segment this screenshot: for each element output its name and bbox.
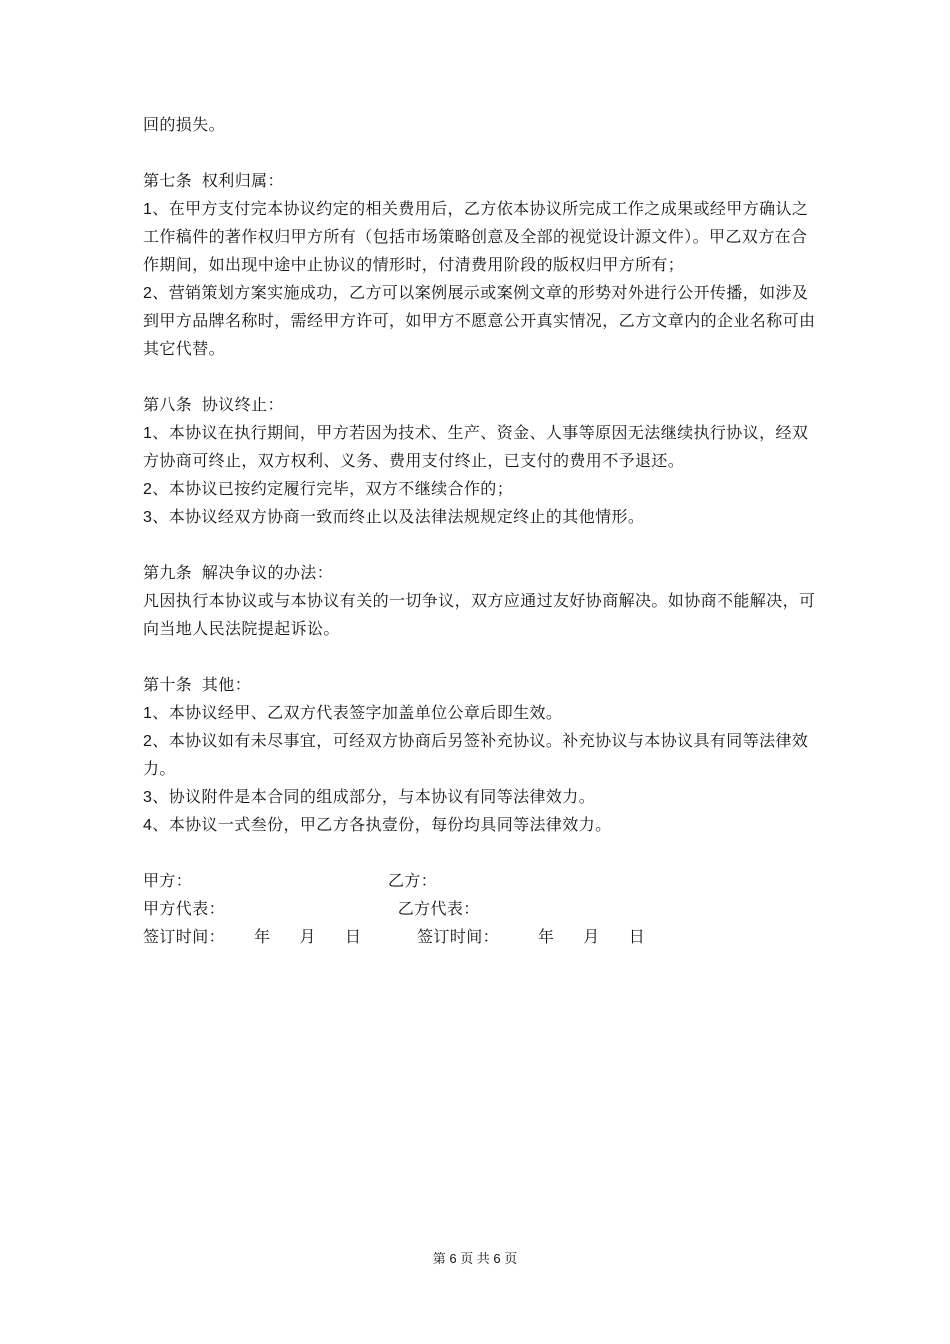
- section-heading: 第十条 其他：: [143, 672, 818, 700]
- signature-field-left: 甲方：: [143, 868, 388, 896]
- paragraph-line: 1、本协议在执行期间，甲方若因为技术、生产、资金、人事等原因无法继续执行协议，经…: [143, 420, 818, 448]
- signature-field-left: 签订时间： 年 月 日: [143, 924, 388, 952]
- section-heading: 第八条 协议终止：: [143, 392, 818, 420]
- paragraph-line: 3、本协议经双方协商一致而终止以及法律法规规定终止的其他情形。: [143, 504, 818, 532]
- paragraph-line: 回的损失。: [143, 112, 818, 140]
- section-heading: 第九条 解决争议的办法：: [143, 560, 818, 588]
- signature-field-right: 签订时间： 年 月 日: [388, 924, 645, 952]
- paragraph-line: 作期间，如出现中途中止协议的情形时，付清费用阶段的版权归甲方所有；: [143, 252, 818, 280]
- paragraph-line: 向当地人民法院提起诉讼。: [143, 616, 818, 644]
- paragraph-line: 2、本协议已按约定履行完毕，双方不继续合作的；: [143, 476, 818, 504]
- signature-row: 甲方代表： 乙方代表：: [143, 896, 818, 924]
- blank-line: [143, 364, 818, 392]
- paragraph-line: 力。: [143, 756, 818, 784]
- signature-row: 签订时间： 年 月 日 签订时间： 年 月 日: [143, 924, 818, 952]
- paragraph-line: 2、营销策划方案实施成功，乙方可以案例展示或案例文章的形势对外进行公开传播，如涉…: [143, 280, 818, 308]
- section-heading: 第七条 权利归属：: [143, 168, 818, 196]
- page-footer: 第 6 页 共 6 页: [0, 1248, 950, 1267]
- paragraph-line: 4、本协议一式叁份，甲乙方各执壹份，每份均具同等法律效力。: [143, 812, 818, 840]
- paragraph-line: 其它代替。: [143, 336, 818, 364]
- document-page: { "page": { "background": "#ffffff", "te…: [0, 0, 950, 1344]
- paragraph-line: 1、在甲方支付完本协议约定的相关费用后，乙方依本协议所完成工作之成果或经甲方确认…: [143, 196, 818, 224]
- blank-line: [143, 532, 818, 560]
- paragraph-line: 1、本协议经甲、乙双方代表签字加盖单位公章后即生效。: [143, 700, 818, 728]
- page-number: 第 6 页 共 6 页: [433, 1251, 518, 1266]
- blank-line: [143, 140, 818, 168]
- signature-field-right: 乙方代表：: [388, 896, 480, 924]
- signature-row: 甲方：乙方：: [143, 868, 818, 896]
- paragraph-line: 到甲方品牌名称时，需经甲方许可，如甲方不愿意公开真实情况，乙方文章内的企业名称可…: [143, 308, 818, 336]
- document-body: 回的损失。第七条 权利归属：1、在甲方支付完本协议约定的相关费用后，乙方依本协议…: [143, 112, 818, 952]
- blank-line: [143, 840, 818, 868]
- signature-field-right: 乙方：: [388, 868, 437, 896]
- blank-line: [143, 644, 818, 672]
- paragraph-line: 方协商可终止，双方权利、义务、费用支付终止，已支付的费用不予退还。: [143, 448, 818, 476]
- paragraph-line: 凡因执行本协议或与本协议有关的一切争议，双方应通过友好协商解决。如协商不能解决，…: [143, 588, 818, 616]
- signature-field-left: 甲方代表：: [143, 896, 388, 924]
- paragraph-line: 3、协议附件是本合同的组成部分，与本协议有同等法律效力。: [143, 784, 818, 812]
- paragraph-line: 工作稿件的著作权归甲方所有（包括市场策略创意及全部的视觉设计源文件）。甲乙双方在…: [143, 224, 818, 252]
- paragraph-line: 2、本协议如有未尽事宜，可经双方协商后另签补充协议。补充协议与本协议具有同等法律…: [143, 728, 818, 756]
